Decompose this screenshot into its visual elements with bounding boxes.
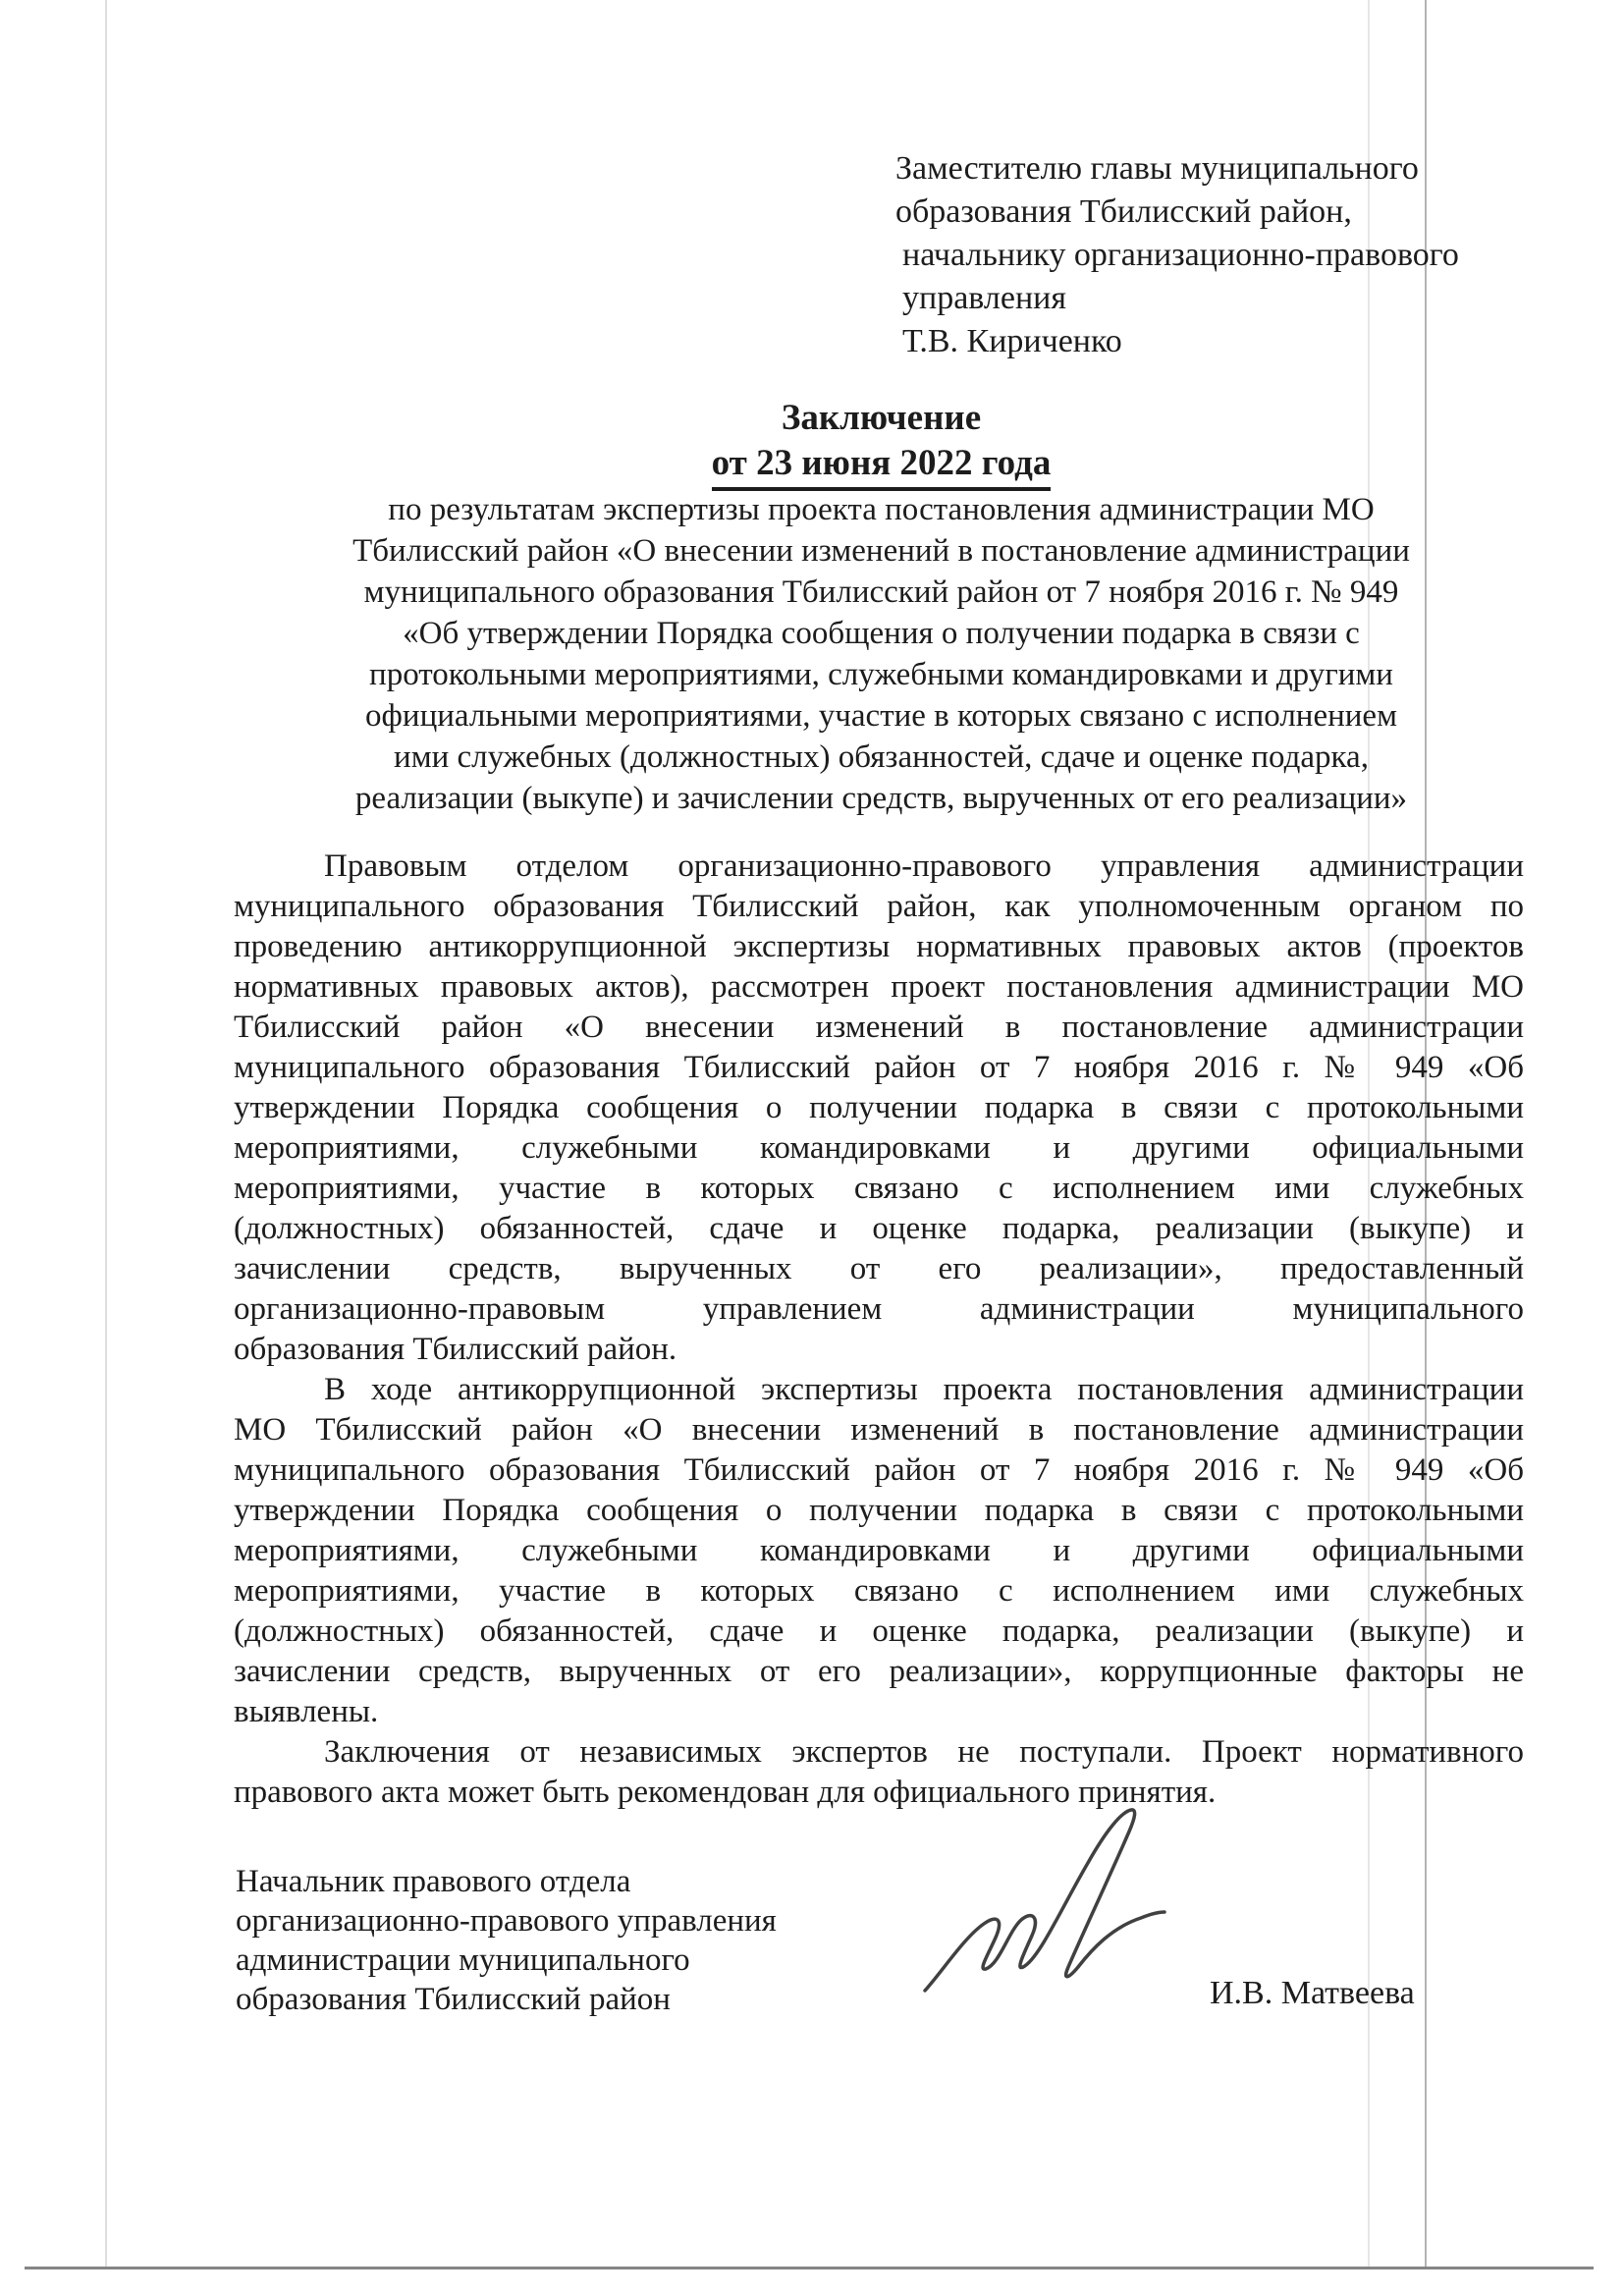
addressee-line: управления (895, 277, 1543, 320)
body-line: мероприятиями, служебными командировками… (234, 1531, 1524, 1571)
scan-line-horizontal-bottom (25, 2267, 1594, 2269)
body-line: проведению антикоррупционной экспертизы … (234, 927, 1524, 967)
addressee-line: образования Тбилисский район, (895, 191, 1543, 234)
body-line: организационно-правовым управлением адми… (234, 1289, 1524, 1330)
paragraph-1: Правовым отделом организационно-правовог… (234, 847, 1524, 1370)
body-line: Правовым отделом организационно-правовог… (234, 847, 1524, 887)
body-line: МО Тбилисский район «О внесении изменени… (234, 1410, 1524, 1450)
signatory-position-line: организационно-правового управления (236, 1901, 943, 1941)
body-line: правового акта может быть рекомендован д… (234, 1773, 1524, 1813)
body-line: утверждении Порядка сообщения о получени… (234, 1491, 1524, 1531)
scanned-document-page: Заместителю главы муниципального образов… (0, 0, 1624, 2296)
body-line: (должностных) обязанностей, сдаче и оцен… (234, 1612, 1524, 1652)
body-line: муниципального образования Тбилисский ра… (234, 1450, 1524, 1491)
body-line: мероприятиями, служебными командировками… (234, 1128, 1524, 1169)
scan-line-vertical-left (105, 0, 107, 2269)
body-line: мероприятиями, участие в которых связано… (234, 1169, 1524, 1209)
paragraph-3: Заключения от независимых экспертов не п… (234, 1732, 1524, 1813)
signatory-position-block: Начальник правового отдела организационн… (236, 1862, 943, 2019)
addressee-name: Т.В. Кириченко (895, 320, 1543, 363)
heading-line: «Об утверждении Порядка сообщения о полу… (236, 613, 1527, 654)
body-line: муниципального образования Тбилисский ра… (234, 887, 1524, 927)
signatory-position-line: администрации муниципального (236, 1941, 943, 1980)
body-line: зачислении средств, вырученных от его ре… (234, 1652, 1524, 1692)
handwritten-signature (913, 1802, 1178, 2003)
addressee-block: Заместителю главы муниципального образов… (895, 147, 1543, 363)
signatory-position-line: Начальник правового отдела (236, 1862, 943, 1901)
heading-line: реализации (выкупе) и зачислении средств… (236, 778, 1527, 819)
document-subject-heading: по результатам экспертизы проекта постан… (236, 489, 1527, 819)
paragraph-2: В ходе антикоррупционной экспертизы прое… (234, 1370, 1524, 1732)
body-line: нормативных правовых актов), рассмотрен … (234, 967, 1524, 1008)
heading-line: ими служебных (должностных) обязанностей… (236, 737, 1527, 778)
addressee-line: Заместителю главы муниципального (895, 147, 1543, 191)
heading-line: муниципального образования Тбилисский ра… (236, 572, 1527, 613)
addressee-line: начальнику организационно-правового (895, 234, 1543, 277)
heading-line: по результатам экспертизы проекта постан… (236, 489, 1527, 530)
body-line: Заключения от независимых экспертов не п… (234, 1732, 1524, 1773)
document-body: Правовым отделом организационно-правовог… (234, 847, 1524, 1813)
heading-line: официальными мероприятиями, участие в ко… (236, 695, 1527, 737)
body-line: утверждении Порядка сообщения о получени… (234, 1088, 1524, 1128)
document-date: от 23 июня 2022 года (236, 441, 1527, 491)
body-line: В ходе антикоррупционной экспертизы прое… (234, 1370, 1524, 1410)
body-line: муниципального образования Тбилисский ра… (234, 1048, 1524, 1088)
body-line: (должностных) обязанностей, сдаче и оцен… (234, 1209, 1524, 1249)
body-line: выявлены. (234, 1692, 1524, 1732)
body-line: мероприятиями, участие в которых связано… (234, 1571, 1524, 1612)
body-line: образования Тбилисский район. (234, 1330, 1524, 1370)
body-line: зачислении средств, вырученных от его ре… (234, 1249, 1524, 1289)
heading-line: протокольными мероприятиями, служебными … (236, 654, 1527, 695)
signatory-name: И.В. Матвеева (1210, 1974, 1415, 2013)
signatory-position-line: образования Тбилисский район (236, 1980, 943, 2019)
document-date-text: от 23 июня 2022 года (712, 441, 1052, 491)
body-line: Тбилисский район «О внесении изменений в… (234, 1008, 1524, 1048)
document-title: Заключение (236, 397, 1527, 440)
heading-line: Тбилисский район «О внесении изменений в… (236, 530, 1527, 572)
